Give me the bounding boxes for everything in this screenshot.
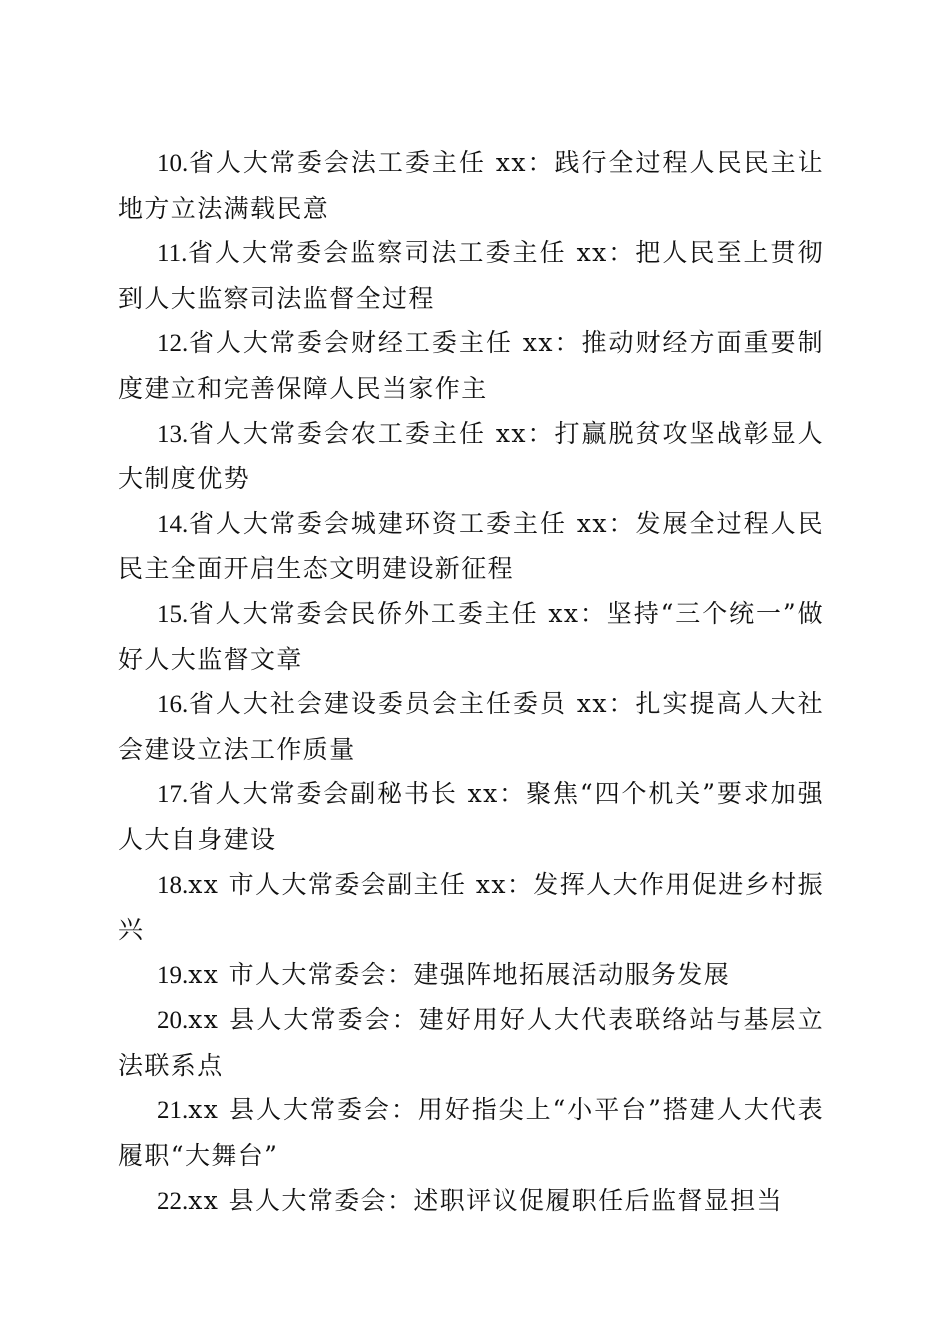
list-item-19: 19.xx 市人大常委会：建强阵地拓展活动服务发展 (118, 953, 824, 999)
item-text: xx 市人大常委会副主任 xx：发挥人大作用促进乡村振兴 (118, 870, 824, 945)
item-text: 省人大常委会财经工委主任 xx：推动财经方面重要制度建立和完善保障人民当家作主 (118, 328, 824, 403)
item-number: 14. (157, 511, 188, 538)
item-text: xx 县人大常委会：述职评议促履职任后监督显担当 (188, 1186, 783, 1215)
item-number: 20. (157, 1007, 188, 1034)
item-text: 省人大常委会城建环资工委主任 xx：发展全过程人民民主全面开启生态文明建设新征程 (118, 509, 824, 584)
item-number: 12. (157, 330, 188, 357)
item-text: 省人大常委会农工委主任 xx：打赢脱贫攻坚战彰显人大制度优势 (118, 419, 824, 494)
item-number: 15. (157, 601, 188, 628)
item-number: 21. (157, 1097, 188, 1124)
list-item-21: 21.xx 县人大常委会：用好指尖上“小平台”搭建人大代表履职“大舞台” (118, 1088, 824, 1178)
list-item-18: 18.xx 市人大常委会副主任 xx：发挥人大作用促进乡村振兴 (118, 863, 824, 953)
list-item-10: 10.省人大常委会法工委主任 xx：践行全过程人民民主让地方立法满载民意 (118, 141, 824, 231)
item-text: xx 县人大常委会：建好用好人大代表联络站与基层立法联系点 (118, 1005, 824, 1080)
list-item-20: 20.xx 县人大常委会：建好用好人大代表联络站与基层立法联系点 (118, 998, 824, 1088)
document-page: 10.省人大常委会法工委主任 xx：践行全过程人民民主让地方立法满载民意 11.… (118, 141, 824, 1224)
item-number: 16. (157, 691, 188, 718)
item-text: xx 县人大常委会：用好指尖上“小平台”搭建人大代表履职“大舞台” (118, 1095, 824, 1170)
item-text: 省人大常委会法工委主任 xx：践行全过程人民民主让地方立法满载民意 (118, 148, 824, 223)
item-number: 17. (157, 781, 188, 808)
item-number: 11. (157, 240, 187, 267)
list-item-17: 17.省人大常委会副秘书长 xx：聚焦“四个机关”要求加强人大自身建设 (118, 772, 824, 862)
list-item-11: 11.省人大常委会监察司法工委主任 xx：把人民至上贯彻到人大监察司法监督全过程 (118, 231, 824, 321)
list-item-16: 16.省人大社会建设委员会主任委员 xx：扎实提高人大社会建设立法工作质量 (118, 682, 824, 772)
item-number: 22. (157, 1188, 188, 1215)
item-text: xx 市人大常委会：建强阵地拓展活动服务发展 (188, 960, 730, 989)
item-text: 省人大社会建设委员会主任委员 xx：扎实提高人大社会建设立法工作质量 (118, 689, 824, 764)
item-number: 10. (157, 150, 188, 177)
list-item-22: 22.xx 县人大常委会：述职评议促履职任后监督显担当 (118, 1179, 824, 1225)
item-text: 省人大常委会监察司法工委主任 xx：把人民至上贯彻到人大监察司法监督全过程 (118, 238, 824, 313)
list-item-15: 15.省人大常委会民侨外工委主任 xx：坚持“三个统一”做好人大监督文章 (118, 592, 824, 682)
item-text: 省人大常委会副秘书长 xx：聚焦“四个机关”要求加强人大自身建设 (118, 779, 824, 854)
item-number: 13. (157, 421, 188, 448)
item-number: 18. (157, 872, 188, 899)
list-item-13: 13.省人大常委会农工委主任 xx：打赢脱贫攻坚战彰显人大制度优势 (118, 412, 824, 502)
list-item-14: 14.省人大常委会城建环资工委主任 xx：发展全过程人民民主全面开启生态文明建设… (118, 502, 824, 592)
list-item-12: 12.省人大常委会财经工委主任 xx：推动财经方面重要制度建立和完善保障人民当家… (118, 321, 824, 411)
item-number: 19. (157, 962, 188, 989)
item-text: 省人大常委会民侨外工委主任 xx：坚持“三个统一”做好人大监督文章 (118, 599, 824, 674)
